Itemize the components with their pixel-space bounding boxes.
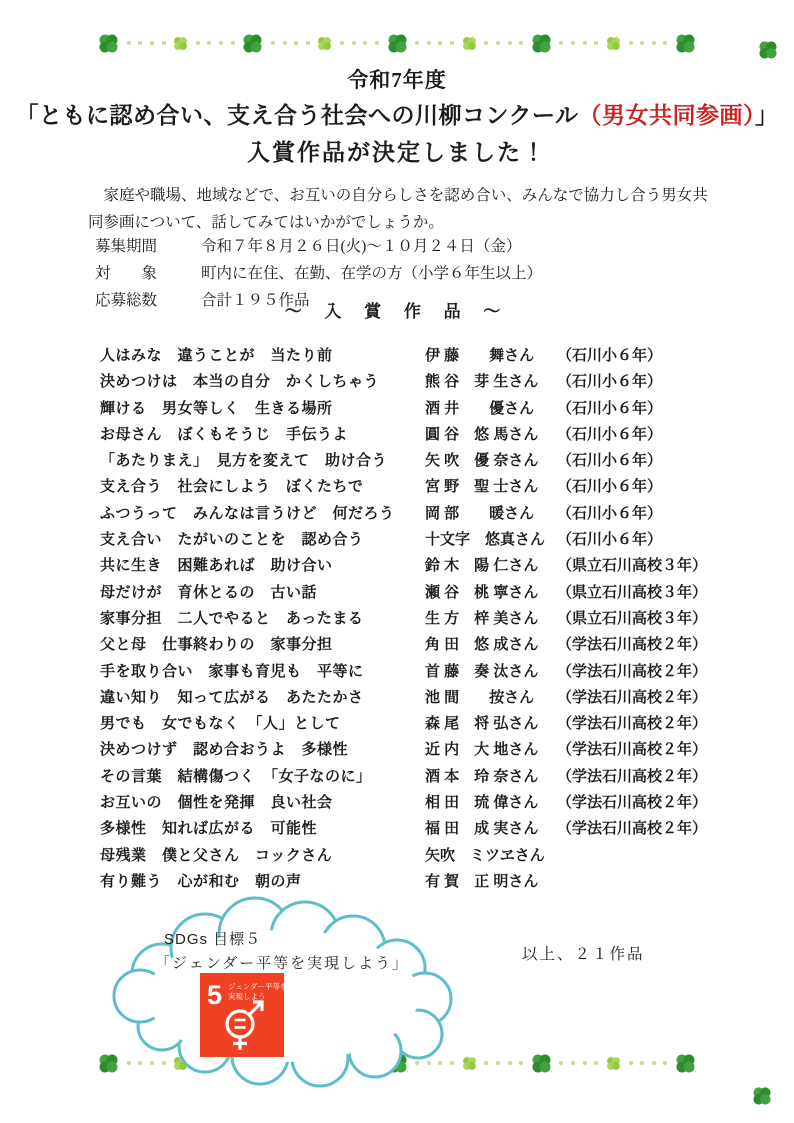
winner-row: 「あたりまえ」 見方を変えて 助け合う矢 吹 優 奈さん（石川小６年）	[100, 449, 764, 475]
author-school: （石川小６年）	[557, 502, 662, 523]
author-name: 伊 藤 舞さん	[425, 344, 557, 365]
winner-row: 父と母 仕事終わりの 家事分担角 田 悠 成さん（学法石川高校２年）	[100, 633, 764, 659]
author-school: （石川小６年）	[557, 370, 662, 391]
border-dot	[352, 41, 356, 45]
winner-row: 家事分担 二人でやると あったまる生 方 梓 美さん（県立石川高校３年）	[100, 607, 764, 633]
border-dot	[427, 41, 431, 45]
border-dot	[519, 1061, 523, 1065]
title-main-pre: 「ともに認め合い、支え合う社会への川柳コンクール	[15, 103, 578, 128]
author-school: （県立石川高校３年）	[557, 581, 707, 602]
author-school: （石川小６年）	[557, 423, 662, 444]
svg-text:ジェンダー平等を: ジェンダー平等を	[228, 981, 284, 991]
author-school: （石川小６年）	[557, 397, 662, 418]
border-dot	[663, 1061, 667, 1065]
author-name: 矢吹 ミツヱさん	[425, 844, 557, 865]
author-name: 酒 本 玲 奈さん	[425, 765, 557, 786]
poem-text: 違い知り 知って広がる あたたかさ	[100, 686, 425, 707]
poem-text: 人はみな 違うことが 当たり前	[100, 344, 425, 365]
border-dot	[663, 41, 667, 45]
poem-text: 家事分担 二人でやると あったまる	[100, 607, 425, 628]
poem-text: ふつうって みんなは言うけど 何だろう	[100, 502, 425, 523]
winner-row: ふつうって みんなは言うけど 何だろう岡 部 暖さん（石川小６年）	[100, 502, 764, 528]
author-name: 矢 吹 優 奈さん	[425, 449, 557, 470]
clover-icon	[173, 36, 188, 51]
poem-text: 決めつけず 認め合おうよ 多様性	[100, 738, 425, 759]
border-dot	[127, 41, 131, 45]
border-dot	[306, 41, 310, 45]
winner-row: 母残業 僕と父さん コックさん矢吹 ミツヱさん	[100, 844, 764, 870]
author-name: 森 尾 将 弘さん	[425, 712, 557, 733]
border-dot	[571, 1061, 575, 1065]
border-dot	[294, 41, 298, 45]
border-dot	[207, 41, 211, 45]
border-dot	[484, 41, 488, 45]
border-dot	[496, 41, 500, 45]
author-school: （学法石川高校２年）	[557, 712, 707, 733]
poem-text: 有り難う 心が和む 朝の声	[100, 870, 425, 891]
author-name: 岡 部 暖さん	[425, 502, 557, 523]
poem-text: 母だけが 育休とるの 古い話	[100, 581, 425, 602]
author-school: （県立石川高校３年）	[557, 607, 707, 628]
author-school: （学法石川高校２年）	[557, 633, 707, 654]
winner-row: 違い知り 知って広がる あたたかさ池 間 按さん（学法石川高校２年）	[100, 686, 764, 712]
clover-icon	[98, 33, 119, 54]
sdg-goal-line2: 「ジェンダー平等を実現しよう」	[155, 952, 409, 973]
detail-label: 対 象	[95, 260, 167, 287]
clover-icon	[675, 1053, 696, 1074]
author-school: （学法石川高校２年）	[557, 817, 707, 838]
border-dot	[231, 41, 235, 45]
winner-row: 支え合い たがいのことを 認め合う十文字 悠真さん（石川小６年）	[100, 528, 764, 554]
winner-row: 輝ける 男女等しく 生きる場所酒 井 優さん（石川小６年）	[100, 397, 764, 423]
author-school: （学法石川高校２年）	[557, 738, 707, 759]
border-dot	[138, 41, 142, 45]
border-dot	[629, 1061, 633, 1065]
border-dot	[363, 41, 367, 45]
intro-line-2: 同参画について、話してみてはいかがでしょうか。	[88, 209, 738, 236]
author-school: （学法石川高校２年）	[557, 765, 707, 786]
poem-text: 共に生き 困難あれば 助け合い	[100, 554, 425, 575]
title-main-red: （男女共同参画）	[579, 103, 756, 128]
poem-text: お互いの 個性を発揮 良い社会	[100, 791, 425, 812]
author-school: （石川小６年）	[557, 528, 662, 549]
border-dot	[519, 41, 523, 45]
border-dot	[594, 1061, 598, 1065]
winner-row: 決めつけず 認め合おうよ 多様性近 内 大 地さん（学法石川高校２年）	[100, 738, 764, 764]
svg-text:実現しよう: 実現しよう	[228, 991, 266, 1001]
intro-line-1: 家庭や職場、地域などで、お互いの自分らしさを認め合い、みんなで協力し合う男女共	[88, 182, 738, 209]
title-sub: 入賞作品が決定しました！	[0, 134, 794, 167]
svg-text:5: 5	[207, 980, 222, 1010]
poem-text: 支え合う 社会にしよう ぼくたちで	[100, 475, 425, 496]
author-name: 瀬 谷 桃 寧さん	[425, 581, 557, 602]
title-block: 令和7年度 「ともに認め合い、支え合う社会への川柳コンクール（男女共同参画）」 …	[0, 64, 794, 167]
border-dot	[559, 1061, 563, 1065]
detail-value: 町内に在住、在勤、在学の方（小学６年生以上）	[201, 260, 542, 287]
poem-text: 手を取り合い 家事も育児も 平等に	[100, 660, 425, 681]
border-dot	[450, 41, 454, 45]
poem-text: 多様性 知れば広がる 可能性	[100, 817, 425, 838]
winner-row: 支え合う 社会にしよう ぼくたちで宮 野 聖 士さん（石川小６年）	[100, 475, 764, 501]
author-name: 福 田 成 実さん	[425, 817, 557, 838]
border-dot	[571, 41, 575, 45]
border-dot	[583, 41, 587, 45]
poem-text: 男でも 女でもなく 「人」として	[100, 712, 425, 733]
border-dot	[415, 41, 419, 45]
border-dot	[375, 41, 379, 45]
author-name: 相 田 琉 偉さん	[425, 791, 557, 812]
border-dot	[271, 41, 275, 45]
detail-value: 令和７年８月２６日(火)～１０月２４日（金）	[201, 233, 521, 260]
winner-row: 男でも 女でもなく 「人」として森 尾 将 弘さん（学法石川高校２年）	[100, 712, 764, 738]
author-name: 鈴 木 陽 仁さん	[425, 554, 557, 575]
corner-clover-icon-top	[758, 40, 778, 60]
border-dot	[640, 1061, 644, 1065]
author-school: （県立石川高校３年）	[557, 554, 707, 575]
poem-text: 「あたりまえ」 見方を変えて 助け合う	[100, 449, 425, 470]
border-dot	[340, 41, 344, 45]
author-name: 生 方 梓 美さん	[425, 607, 557, 628]
top-clover-border	[98, 30, 696, 56]
winner-row: 手を取り合い 家事も育児も 平等に首 藤 奏 汰さん（学法石川高校２年）	[100, 660, 764, 686]
clover-icon	[531, 1053, 552, 1074]
author-name: 角 田 悠 成さん	[425, 633, 557, 654]
clover-icon	[531, 33, 552, 54]
author-name: 有 賀 正 明さん	[425, 870, 557, 891]
author-name: 十文字 悠真さん	[425, 528, 557, 549]
detail-row: 募集期間令和７年８月２６日(火)～１０月２４日（金）	[95, 233, 542, 260]
border-dot	[196, 41, 200, 45]
poem-text: その言葉 結構傷つく 「女子なのに」	[100, 765, 425, 786]
border-dot	[496, 1061, 500, 1065]
border-dot	[219, 41, 223, 45]
border-dot	[150, 41, 154, 45]
section-heading: ～ 入 賞 作 品 ～	[0, 297, 794, 322]
author-name: 圓 谷 悠 馬さん	[425, 423, 557, 444]
border-dot	[484, 1061, 488, 1065]
clover-icon	[387, 33, 408, 54]
author-school: （学法石川高校２年）	[557, 686, 707, 707]
author-name: 池 間 按さん	[425, 686, 557, 707]
border-dot	[508, 1061, 512, 1065]
poem-text: 輝ける 男女等しく 生きる場所	[100, 397, 425, 418]
winners-list: 人はみな 違うことが 当たり前伊 藤 舞さん（石川小６年）決めつけは 本当の自分…	[100, 344, 764, 896]
border-dot	[583, 1061, 587, 1065]
poem-text: 父と母 仕事終わりの 家事分担	[100, 633, 425, 654]
author-school: （学法石川高校２年）	[557, 791, 707, 812]
author-school: （学法石川高校２年）	[557, 660, 707, 681]
border-dot	[640, 41, 644, 45]
total-count-note: 以上、２１作品	[522, 942, 645, 964]
intro-paragraph: 家庭や職場、地域などで、お互いの自分らしさを認め合い、みんなで協力し合う男女共 …	[88, 182, 738, 236]
winner-row: 共に生き 困難あれば 助け合い鈴 木 陽 仁さん（県立石川高校３年）	[100, 554, 764, 580]
cloud-shape-icon	[100, 896, 468, 1094]
clover-icon	[606, 1056, 621, 1071]
poem-text: お母さん ぼくもそうじ 手伝うよ	[100, 423, 425, 444]
sdg-cloud: SDGs 目標５ 「ジェンダー平等を実現しよう」 5 ジェンダー平等を 実現しよ…	[100, 896, 468, 1094]
clover-icon	[462, 36, 477, 51]
winner-row: その言葉 結構傷つく 「女子なのに」酒 本 玲 奈さん（学法石川高校２年）	[100, 765, 764, 791]
clover-icon	[675, 33, 696, 54]
title-main: 「ともに認め合い、支え合う社会への川柳コンクール（男女共同参画）」	[0, 97, 794, 130]
title-year: 令和7年度	[0, 64, 794, 94]
author-name: 首 藤 奏 汰さん	[425, 660, 557, 681]
document-page: 令和7年度 「ともに認め合い、支え合う社会への川柳コンクール（男女共同参画）」 …	[0, 0, 794, 1123]
winner-row: 人はみな 違うことが 当たり前伊 藤 舞さん（石川小６年）	[100, 344, 764, 370]
poem-text: 支え合い たがいのことを 認め合う	[100, 528, 425, 549]
border-dot	[559, 41, 563, 45]
winner-row: 多様性 知れば広がる 可能性福 田 成 実さん（学法石川高校２年）	[100, 817, 764, 843]
clover-icon	[317, 36, 332, 51]
author-school: （石川小６年）	[557, 344, 662, 365]
corner-clover-icon-bottom	[752, 1086, 772, 1106]
border-dot	[508, 41, 512, 45]
sdg-goal-line1: SDGs 目標５	[164, 928, 261, 949]
poem-text: 母残業 僕と父さん コックさん	[100, 844, 425, 865]
poem-text: 決めつけは 本当の自分 かくしちゃう	[100, 370, 425, 391]
author-name: 宮 野 聖 士さん	[425, 475, 557, 496]
winner-row: お母さん ぼくもそうじ 手伝うよ圓 谷 悠 馬さん（石川小６年）	[100, 423, 764, 449]
border-dot	[629, 41, 633, 45]
author-school: （石川小６年）	[557, 475, 662, 496]
title-main-post: 」	[755, 103, 779, 128]
author-name: 酒 井 優さん	[425, 397, 557, 418]
border-dot	[652, 1061, 656, 1065]
winner-row: 有り難う 心が和む 朝の声有 賀 正 明さん	[100, 870, 764, 896]
winner-row: お互いの 個性を発揮 良い社会相 田 琉 偉さん（学法石川高校２年）	[100, 791, 764, 817]
clover-icon	[242, 33, 263, 54]
author-name: 熊 谷 芽 生さん	[425, 370, 557, 391]
detail-label: 募集期間	[95, 233, 167, 260]
author-name: 近 内 大 地さん	[425, 738, 557, 759]
author-school: （石川小６年）	[557, 449, 662, 470]
border-dot	[594, 41, 598, 45]
border-dot	[438, 41, 442, 45]
border-dot	[652, 41, 656, 45]
border-dot	[162, 41, 166, 45]
winner-row: 母だけが 育休とるの 古い話瀬 谷 桃 寧さん（県立石川高校３年）	[100, 581, 764, 607]
border-dot	[283, 41, 287, 45]
clover-icon	[606, 36, 621, 51]
winner-row: 決めつけは 本当の自分 かくしちゃう熊 谷 芽 生さん（石川小６年）	[100, 370, 764, 396]
detail-row: 対 象町内に在住、在勤、在学の方（小学６年生以上）	[95, 260, 542, 287]
